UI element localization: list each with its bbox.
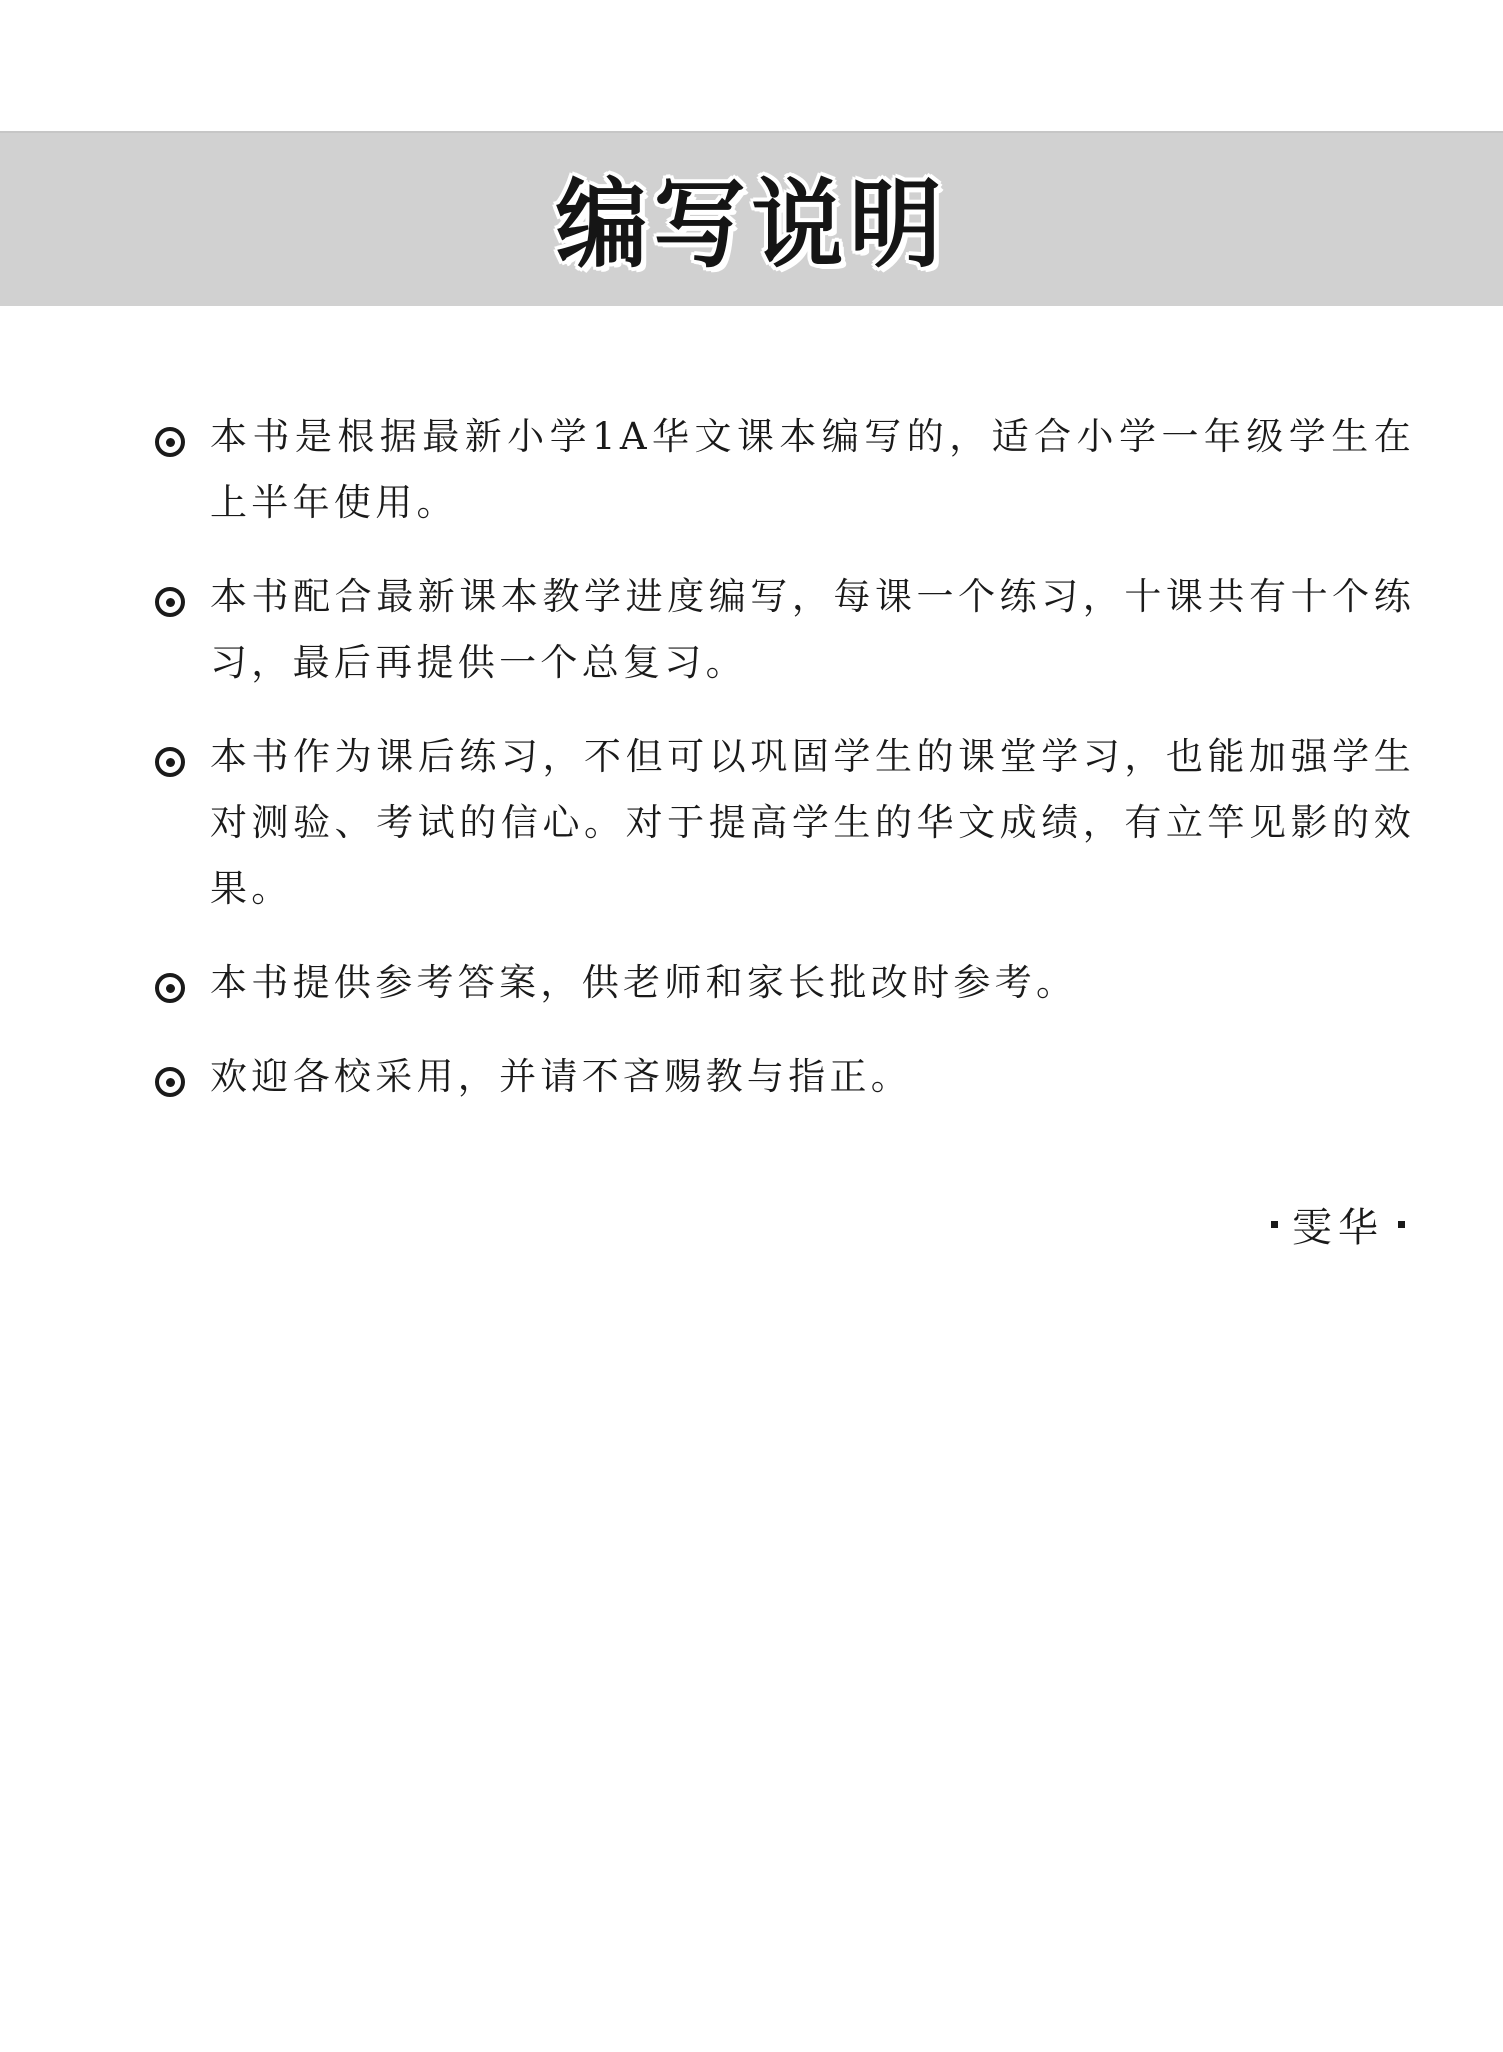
author-signature: 雯华 — [1271, 1196, 1405, 1253]
page-title: 编写说明 — [555, 147, 947, 286]
middle-dot-icon — [1271, 1221, 1278, 1228]
author-name: 雯华 — [1292, 1196, 1384, 1253]
list-item: 本书配合最新课本教学进度编写，每课一个练习，十课共有十个练习，最后再提供一个总复… — [155, 564, 1415, 696]
circled-dot-bullet-icon — [155, 973, 185, 1003]
circled-dot-bullet-icon — [155, 747, 185, 777]
list-item-text: 本书是根据最新小学1A华文课本编写的，适合小学一年级学生在上半年使用。 — [210, 404, 1415, 536]
title-band: 编写说明 — [0, 131, 1503, 306]
circled-dot-bullet-icon — [155, 1067, 185, 1097]
list-item-text: 欢迎各校采用，并请不吝赐教与指正。 — [210, 1044, 1415, 1110]
list-item-text: 本书配合最新课本教学进度编写，每课一个练习，十课共有十个练习，最后再提供一个总复… — [210, 564, 1415, 696]
list-item-text: 本书提供参考答案，供老师和家长批改时参考。 — [210, 950, 1415, 1016]
list-item: 本书是根据最新小学1A华文课本编写的，适合小学一年级学生在上半年使用。 — [155, 404, 1415, 536]
list-item: 欢迎各校采用，并请不吝赐教与指正。 — [155, 1044, 1415, 1110]
list-item-text: 本书作为课后练习，不但可以巩固学生的课堂学习，也能加强学生对测验、考试的信心。对… — [210, 724, 1415, 922]
instruction-list: 本书是根据最新小学1A华文课本编写的，适合小学一年级学生在上半年使用。 本书配合… — [155, 404, 1415, 1110]
circled-dot-bullet-icon — [155, 427, 185, 457]
middle-dot-icon — [1398, 1221, 1405, 1228]
list-item: 本书作为课后练习，不但可以巩固学生的课堂学习，也能加强学生对测验、考试的信心。对… — [155, 724, 1415, 922]
circled-dot-bullet-icon — [155, 587, 185, 617]
list-item: 本书提供参考答案，供老师和家长批改时参考。 — [155, 950, 1415, 1016]
